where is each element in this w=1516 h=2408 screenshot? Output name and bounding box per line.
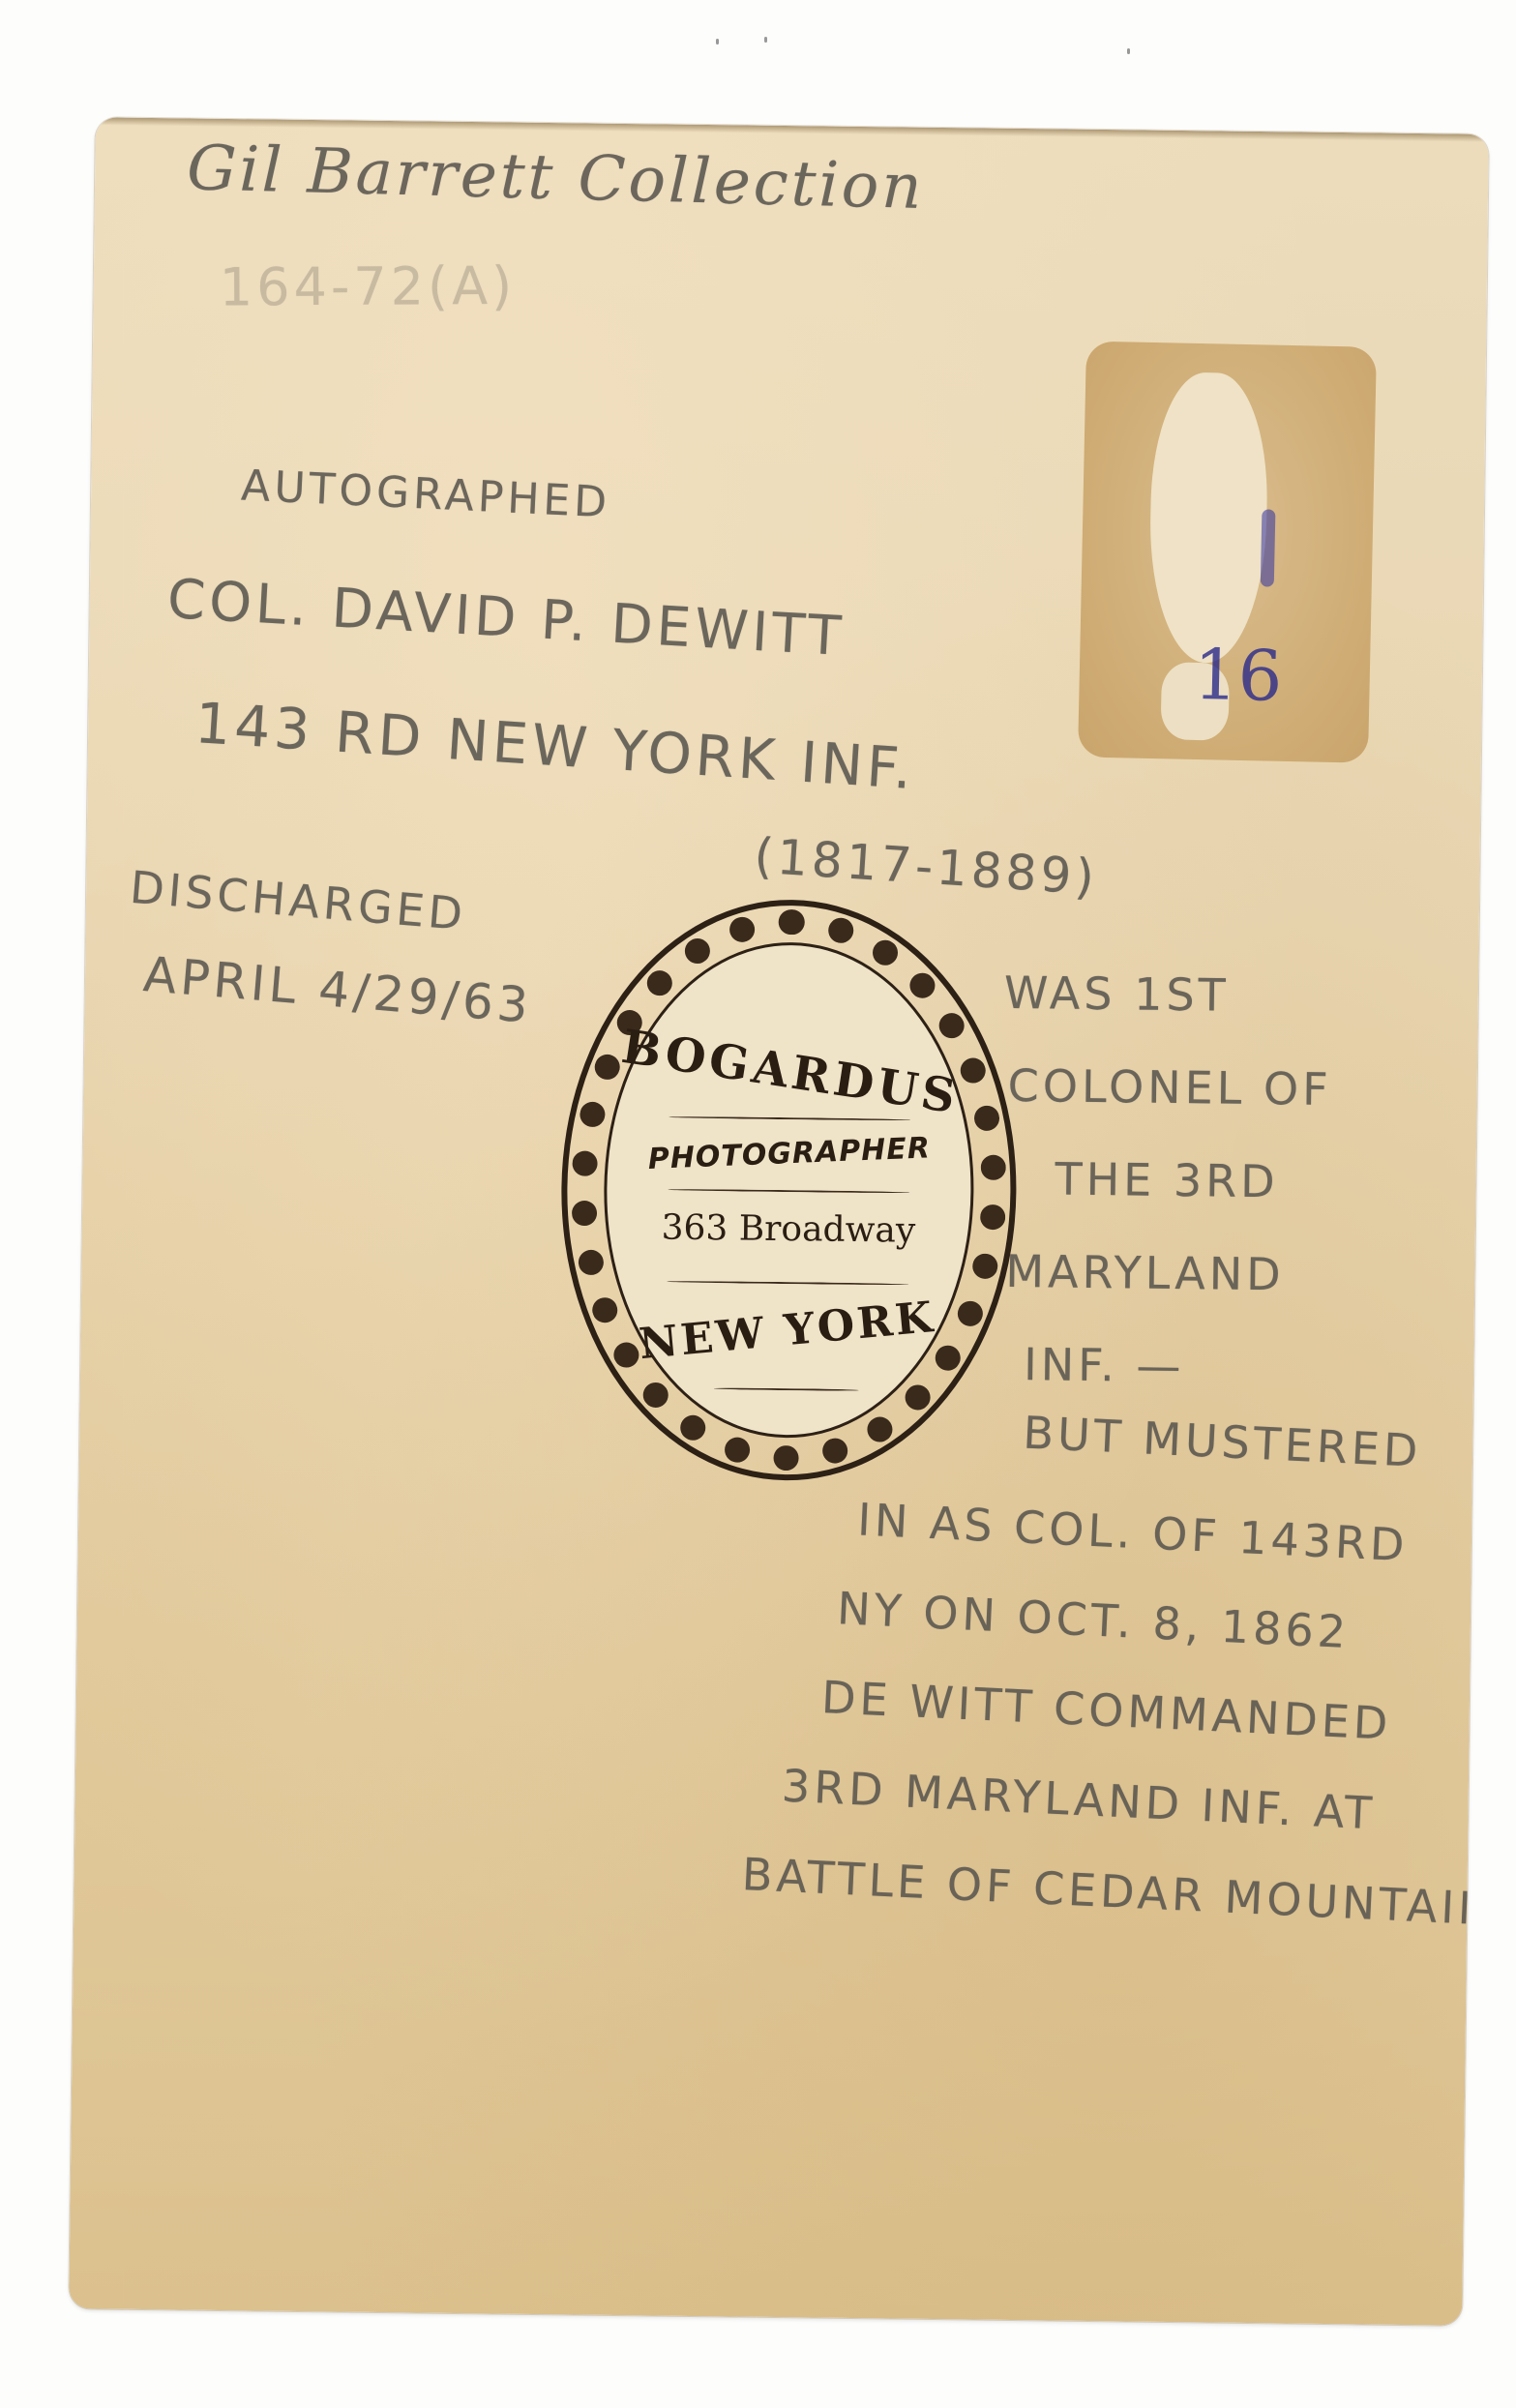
lifespan: (1817-1889) xyxy=(753,827,1100,906)
bottom-note: BUT MUSTERED IN AS COL. OF 143RD NY ON O… xyxy=(610,1396,1371,1939)
autographed-note: AUTOGRAPHED xyxy=(240,461,611,528)
stamp-residue: 16 xyxy=(1078,342,1377,763)
torn-paper xyxy=(1147,372,1269,664)
blue-ink-number: 16 xyxy=(1193,634,1283,717)
note-line: WAS 1ST xyxy=(1003,946,1328,1043)
discharge-label: DISCHARGED xyxy=(128,861,468,940)
note-line: COLONEL OF xyxy=(1007,1039,1332,1136)
regiment: 143 RD NEW YORK INF. xyxy=(193,690,918,802)
studio-address: 363 Broadway xyxy=(561,1206,1016,1252)
note-line: THE 3RD xyxy=(1055,1132,1380,1229)
blue-ink-mark xyxy=(1261,509,1276,586)
subject-name: COL. DAVID P. DEWITT xyxy=(165,568,847,669)
discharge-date: APRIL 4/29/63 xyxy=(141,946,534,1034)
right-note: WAS 1ST COLONEL OF THE 3RD MARYLAND INF.… xyxy=(999,946,1329,1414)
catalog-number: 164-72(A) xyxy=(220,255,517,318)
note-line: MARYLAND xyxy=(1005,1225,1330,1322)
photo-card-back: Gil Barrett Collection 164-72(A) 16 AUTO… xyxy=(69,117,1489,2325)
collection-note: Gil Barrett Collection xyxy=(186,133,925,223)
